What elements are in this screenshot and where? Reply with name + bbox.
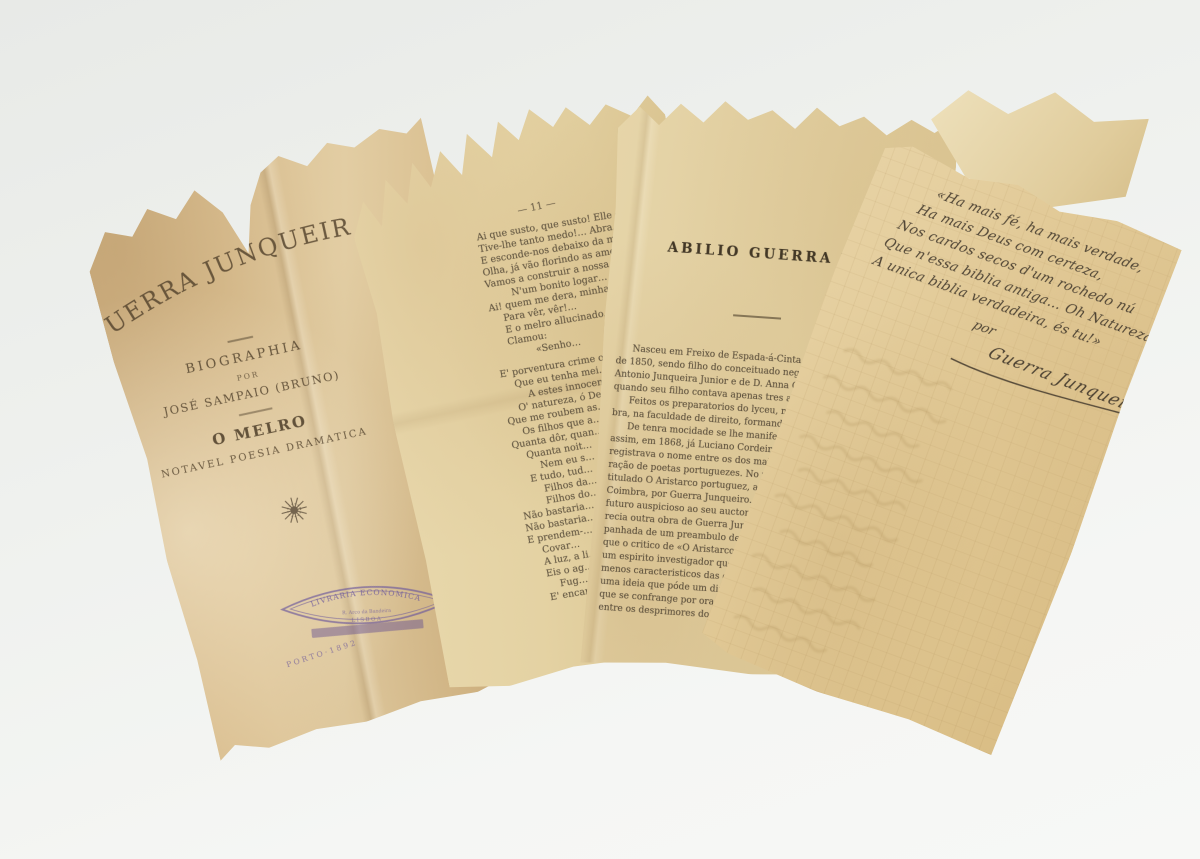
stamp-porto-date: PORTO·1892 <box>285 638 358 670</box>
cover-title: GUERRA JUNQUEIRO <box>72 169 365 343</box>
stamp-street: R. Arco da Bandeira <box>342 608 391 617</box>
heading-rule <box>733 314 781 319</box>
rosette-ornament-icon <box>277 493 311 527</box>
svg-text:GUERRA JUNQUEIRO: GUERRA JUNQUEIRO <box>72 169 365 343</box>
author-rule <box>239 407 273 416</box>
photo-of-documents: GUERRA JUNQUEIRO BIOGRAPHIA POR JOSÉ SAM… <box>0 0 1200 859</box>
